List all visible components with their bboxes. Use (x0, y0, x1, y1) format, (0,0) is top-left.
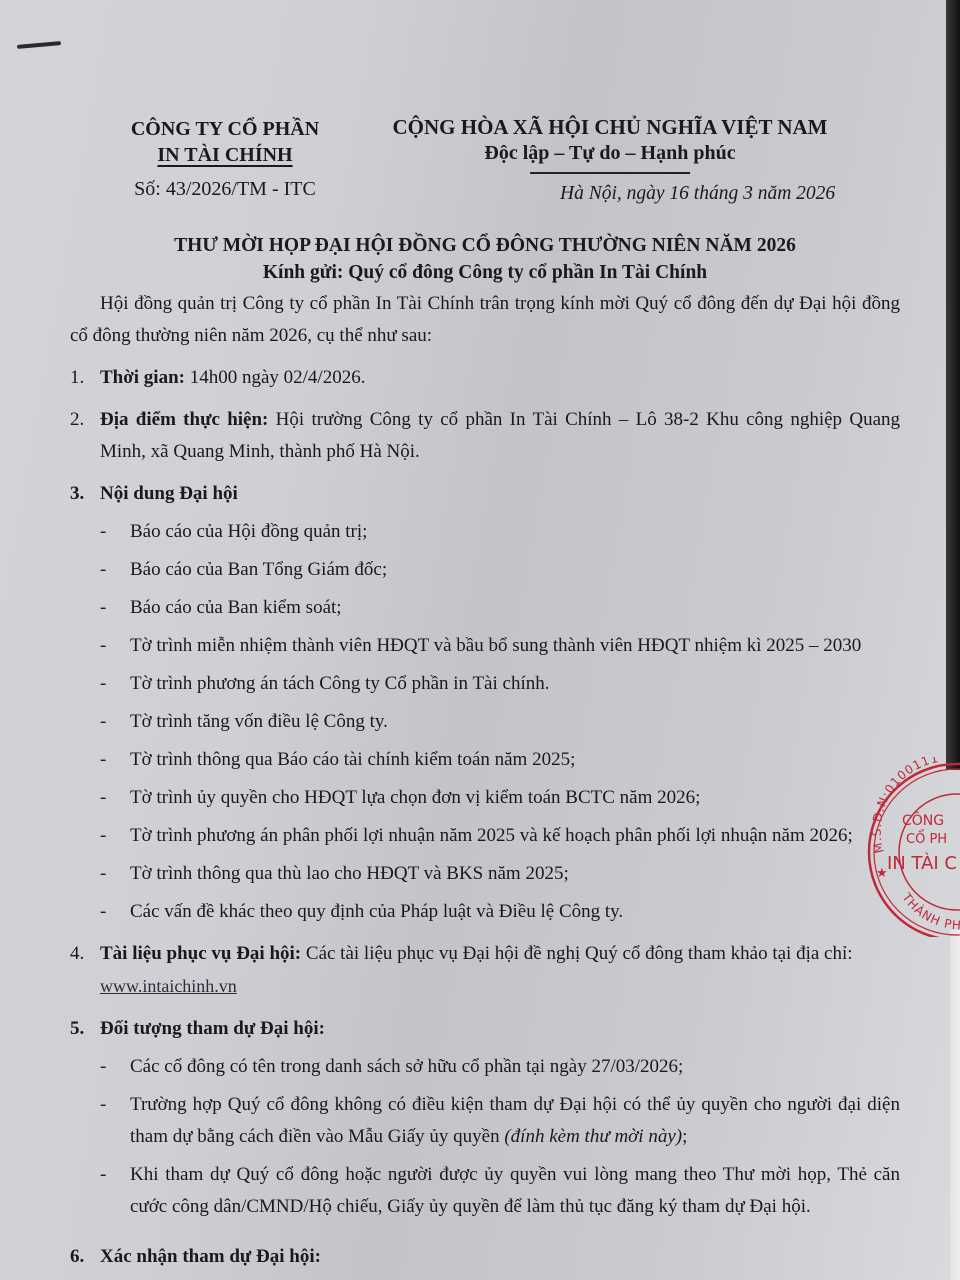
section-label: Thời gian: (100, 367, 185, 388)
section-label: Nội dung Đại hội (100, 478, 900, 510)
pen-mark (17, 41, 61, 49)
bullet: - (100, 820, 130, 852)
section-agenda: 3. Nội dung Đại hội (70, 478, 900, 510)
section-number: 1. (70, 362, 100, 394)
section-text: 14h00 ngày 02/4/2026. (185, 367, 366, 388)
bullet: - (100, 782, 130, 814)
document-number: Số: 43/2026/TM - ITC (100, 176, 350, 202)
section-number: 4. (70, 938, 100, 1003)
bullet: - (100, 592, 130, 624)
bullet: - (100, 744, 130, 776)
section-venue: 2. Địa điểm thực hiện: Hội trường Công t… (70, 404, 900, 468)
bullet: - (100, 896, 130, 928)
national-header: CỘNG HÒA XÃ HỘI CHỦ NGHĨA VIỆT NAM Độc l… (380, 114, 840, 174)
section-documents: 4. Tài liệu phục vụ Đại hội: Các tài liệ… (70, 938, 900, 1003)
page-edge (950, 930, 960, 1280)
list-item-italic: (đính kèm thư mời này) (504, 1126, 682, 1147)
agenda-item-text: Báo cáo của Hội đồng quản trị; (130, 516, 900, 548)
agenda-item: -Tờ trình thông qua thù lao cho HĐQT và … (100, 858, 900, 890)
bullet: - (100, 516, 130, 548)
document-title: THƯ MỜI HỌP ĐẠI HỘI ĐỒNG CỔ ĐÔNG THƯỜNG … (100, 232, 870, 259)
section-number: 6. (70, 1241, 100, 1273)
bullet: - (100, 858, 130, 890)
agenda-item: -Báo cáo của Ban kiểm soát; (100, 592, 900, 624)
svg-text:★: ★ (876, 866, 888, 881)
agenda-item-text: Tờ trình phương án tách Công ty Cổ phần … (130, 668, 900, 700)
list-item: - Khi tham dự Quý cổ đông hoặc người đượ… (100, 1159, 900, 1223)
place-date: Hà Nội, ngày 16 tháng 3 năm 2026 (560, 183, 835, 205)
svg-text:CỔ PH: CỔ PH (906, 830, 947, 847)
agenda-item: -Các vấn đề khác theo quy định của Pháp … (100, 896, 900, 928)
agenda-item-text: Tờ trình thông qua thù lao cho HĐQT và B… (130, 858, 900, 890)
website-link[interactable]: www.intaichinh.vn (100, 976, 237, 996)
bullet: - (100, 706, 130, 738)
bullet: - (100, 1089, 130, 1153)
section-label: Tài liệu phục vụ Đại hội: (100, 943, 301, 964)
attendee-list: - Các cổ đông có tên trong danh sách sở … (70, 1051, 900, 1223)
agenda-item: -Tờ trình ủy quyền cho HĐQT lựa chọn đơn… (100, 782, 900, 814)
title-block: THƯ MỜI HỌP ĐẠI HỘI ĐỒNG CỔ ĐÔNG THƯỜNG … (100, 232, 870, 286)
list-item-text: Khi tham dự Quý cổ đông hoặc người được … (130, 1159, 900, 1223)
company-seal-icon: M.S.D.N:0100111 THÀNH PH CÔNG CỔ PH IN T… (862, 757, 960, 937)
agenda-item: -Tờ trình phương án phân phối lợi nhuận … (100, 820, 900, 852)
bullet: - (100, 554, 130, 586)
bullet: - (100, 1159, 130, 1223)
company-header: CÔNG TY CỔ PHẦN IN TÀI CHÍNH Số: 43/2026… (100, 116, 350, 202)
motto-underline (530, 172, 690, 174)
section-label: Đối tượng tham dự Đại hội: (100, 1013, 900, 1045)
section-confirmation: 6. Xác nhận tham dự Đại hội: (70, 1241, 900, 1273)
company-name-line2: IN TÀI CHÍNH (157, 142, 292, 168)
agenda-list: -Báo cáo của Hội đồng quản trị;-Báo cáo … (70, 516, 900, 928)
agenda-item: -Tờ trình phương án tách Công ty Cổ phần… (100, 668, 900, 700)
section-attendees: 5. Đối tượng tham dự Đại hội: (70, 1013, 900, 1045)
section-label: Địa điểm thực hiện: (100, 409, 268, 430)
section-label: Xác nhận tham dự Đại hội: (100, 1241, 900, 1273)
agenda-item-text: Tờ trình thông qua Báo cáo tài chính kiể… (130, 744, 900, 776)
agenda-item-text: Tờ trình phương án phân phối lợi nhuận n… (130, 820, 900, 852)
page-edge-shadow (946, 0, 960, 770)
motto: Độc lập – Tự do – Hạnh phúc (380, 140, 840, 166)
agenda-item: -Tờ trình miễn nhiệm thành viên HĐQT và … (100, 630, 900, 662)
svg-text:CÔNG: CÔNG (902, 811, 944, 829)
addressee: Kính gửi: Quý cổ đông Công ty cổ phần In… (100, 259, 870, 286)
bullet: - (100, 630, 130, 662)
company-name-line1: CÔNG TY CỔ PHẦN (100, 116, 350, 142)
svg-text:IN TÀI C: IN TÀI C (887, 852, 957, 874)
agenda-item: -Báo cáo của Hội đồng quản trị; (100, 516, 900, 548)
section-text: Các tài liệu phục vụ Đại hội đề nghị Quý… (301, 943, 852, 964)
nation-title: CỘNG HÒA XÃ HỘI CHỦ NGHĨA VIỆT NAM (380, 114, 840, 140)
agenda-item: -Tờ trình thông qua Báo cáo tài chính ki… (100, 744, 900, 776)
list-item: - Các cổ đông có tên trong danh sách sở … (100, 1051, 900, 1083)
agenda-item-text: Tờ trình miễn nhiệm thành viên HĐQT và b… (130, 630, 900, 662)
agenda-item-text: Báo cáo của Ban kiểm soát; (130, 592, 900, 624)
section-time: 1. Thời gian: 14h00 ngày 02/4/2026. (70, 362, 900, 394)
document-body: Hội đồng quản trị Công ty cổ phần In Tài… (70, 288, 900, 1273)
bullet: - (100, 1051, 130, 1083)
section-number: 2. (70, 404, 100, 468)
bullet: - (100, 668, 130, 700)
agenda-item: -Báo cáo của Ban Tổng Giám đốc; (100, 554, 900, 586)
agenda-item-text: Tờ trình ủy quyền cho HĐQT lựa chọn đơn … (130, 782, 900, 814)
intro-paragraph: Hội đồng quản trị Công ty cổ phần In Tài… (70, 288, 900, 352)
list-item: - Trường hợp Quý cổ đông không có điều k… (100, 1089, 900, 1153)
agenda-item-text: Các vấn đề khác theo quy định của Pháp l… (130, 896, 900, 928)
agenda-item-text: Tờ trình tăng vốn điều lệ Công ty. (130, 706, 900, 738)
section-number: 3. (70, 478, 100, 510)
list-item-end: ; (682, 1126, 687, 1147)
agenda-item: -Tờ trình tăng vốn điều lệ Công ty. (100, 706, 900, 738)
agenda-item-text: Báo cáo của Ban Tổng Giám đốc; (130, 554, 900, 586)
list-item-text: Các cổ đông có tên trong danh sách sở hữ… (130, 1051, 900, 1083)
section-number: 5. (70, 1013, 100, 1045)
